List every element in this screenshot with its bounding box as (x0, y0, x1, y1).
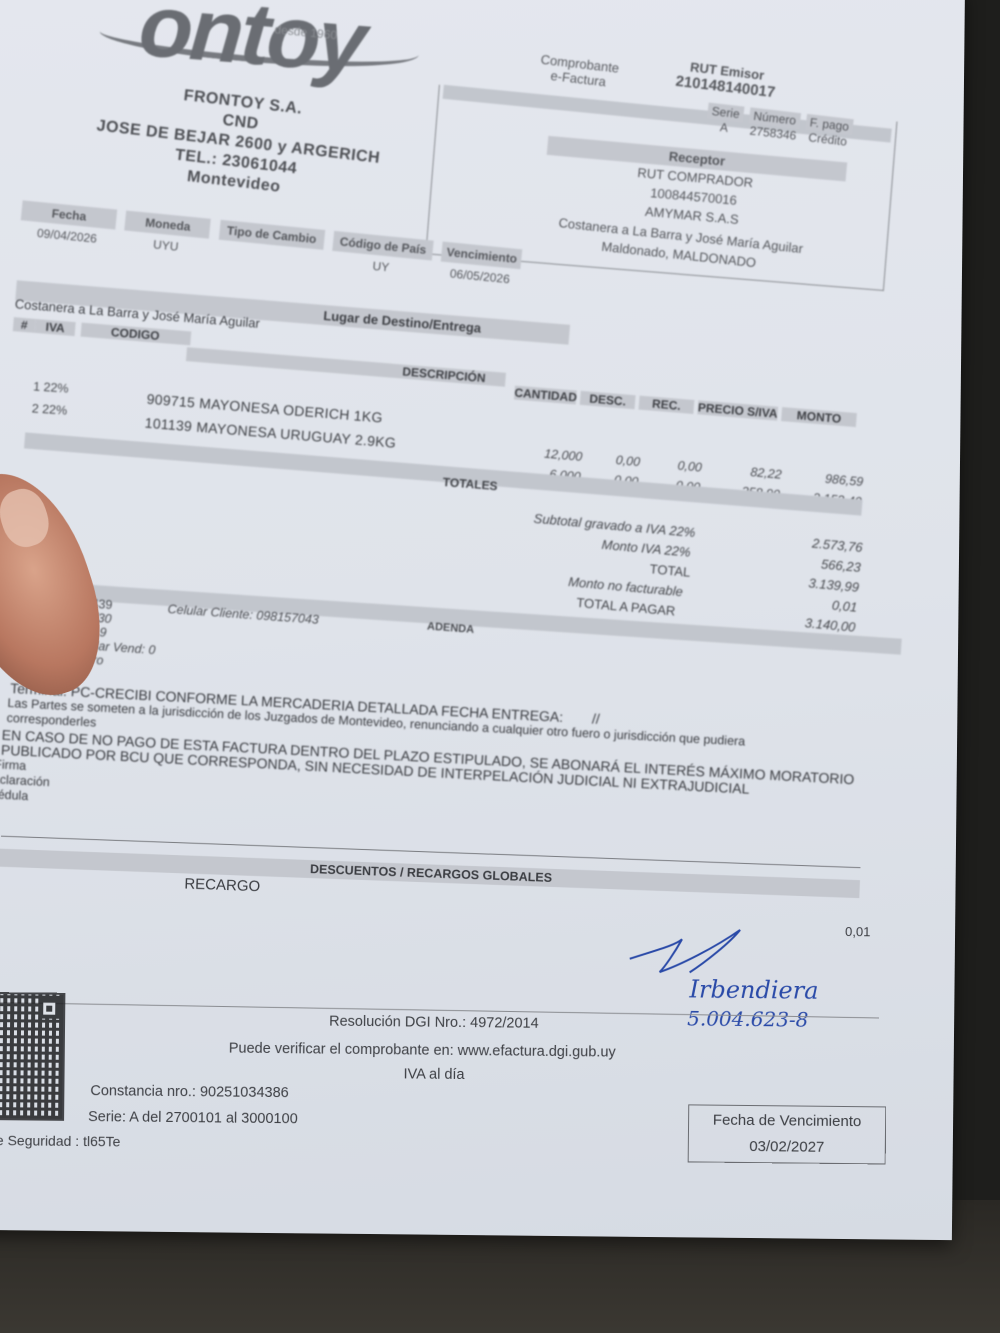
items-section: Lugar de Destino/Entrega Costanera a La … (11, 280, 875, 428)
invoice-paper: ontoy desde 1960 FRONTOY S.A. CND JOSE D… (0, 0, 965, 1240)
resolucion-dgi: Resolución DGI Nro.: 4972/2014 (329, 1014, 539, 1032)
meta-tipo-cambio: Tipo de Cambio (218, 220, 325, 254)
col-codigo: CODIGO (81, 323, 192, 346)
totales-label: TOTALES (442, 475, 498, 493)
table-row: 1 22% (32, 375, 69, 399)
col-n: # (13, 317, 36, 333)
qr-code (0, 992, 65, 1121)
fecha-vencimiento-value: 03/02/2027 (689, 1133, 885, 1161)
fecha-vencimiento-box: Fecha de Vencimiento 03/02/2027 (688, 1104, 887, 1164)
issuer-block: FRONTOY S.A. CND JOSE DE BEJAR 2600 y AR… (74, 75, 403, 211)
col-rec: REC. (638, 396, 694, 414)
signature-name: Irbendiera (688, 975, 818, 1004)
codigo-seguridad: Código de Seguridad : tl65Te (0, 1132, 121, 1150)
signature-id: 5.004.623-8 (687, 1006, 809, 1031)
iva-al-dia: IVA al día (403, 1066, 464, 1083)
col-iva: IVA (35, 319, 76, 336)
items-iva-col: 1 22% 2 22% (31, 375, 69, 421)
meta-vencimiento: Vencimiento06/05/2026 (439, 242, 522, 288)
meta-fecha: Fecha09/04/2026 (19, 200, 117, 247)
constancia: Constancia nro.: 90251034386 (90, 1083, 288, 1101)
serie-rango: Serie: A del 2700101 al 3000100 (88, 1109, 298, 1127)
meta-codigo-pais: Código de PaísUY (331, 231, 434, 279)
adenda-label: ADENDA (427, 621, 475, 636)
col-desc: DESC. (580, 391, 636, 409)
handwritten-signature: Irbendiera 5.004.623-8 (619, 917, 880, 1050)
meta-moneda: MonedaUYU (123, 211, 211, 257)
table-row: 2 22% (31, 397, 68, 421)
verificar-comprobante: Puede verificar el comprobante en: www.e… (229, 1041, 616, 1061)
descuentos-block: DESCUENTOS / RECARGOS GLOBALES RECARGO (0, 835, 860, 917)
company-logo: ontoy (136, 0, 368, 94)
qr-finder-pattern (39, 999, 59, 1019)
fecha-vencimiento-label: Fecha de Vencimiento (689, 1107, 885, 1135)
